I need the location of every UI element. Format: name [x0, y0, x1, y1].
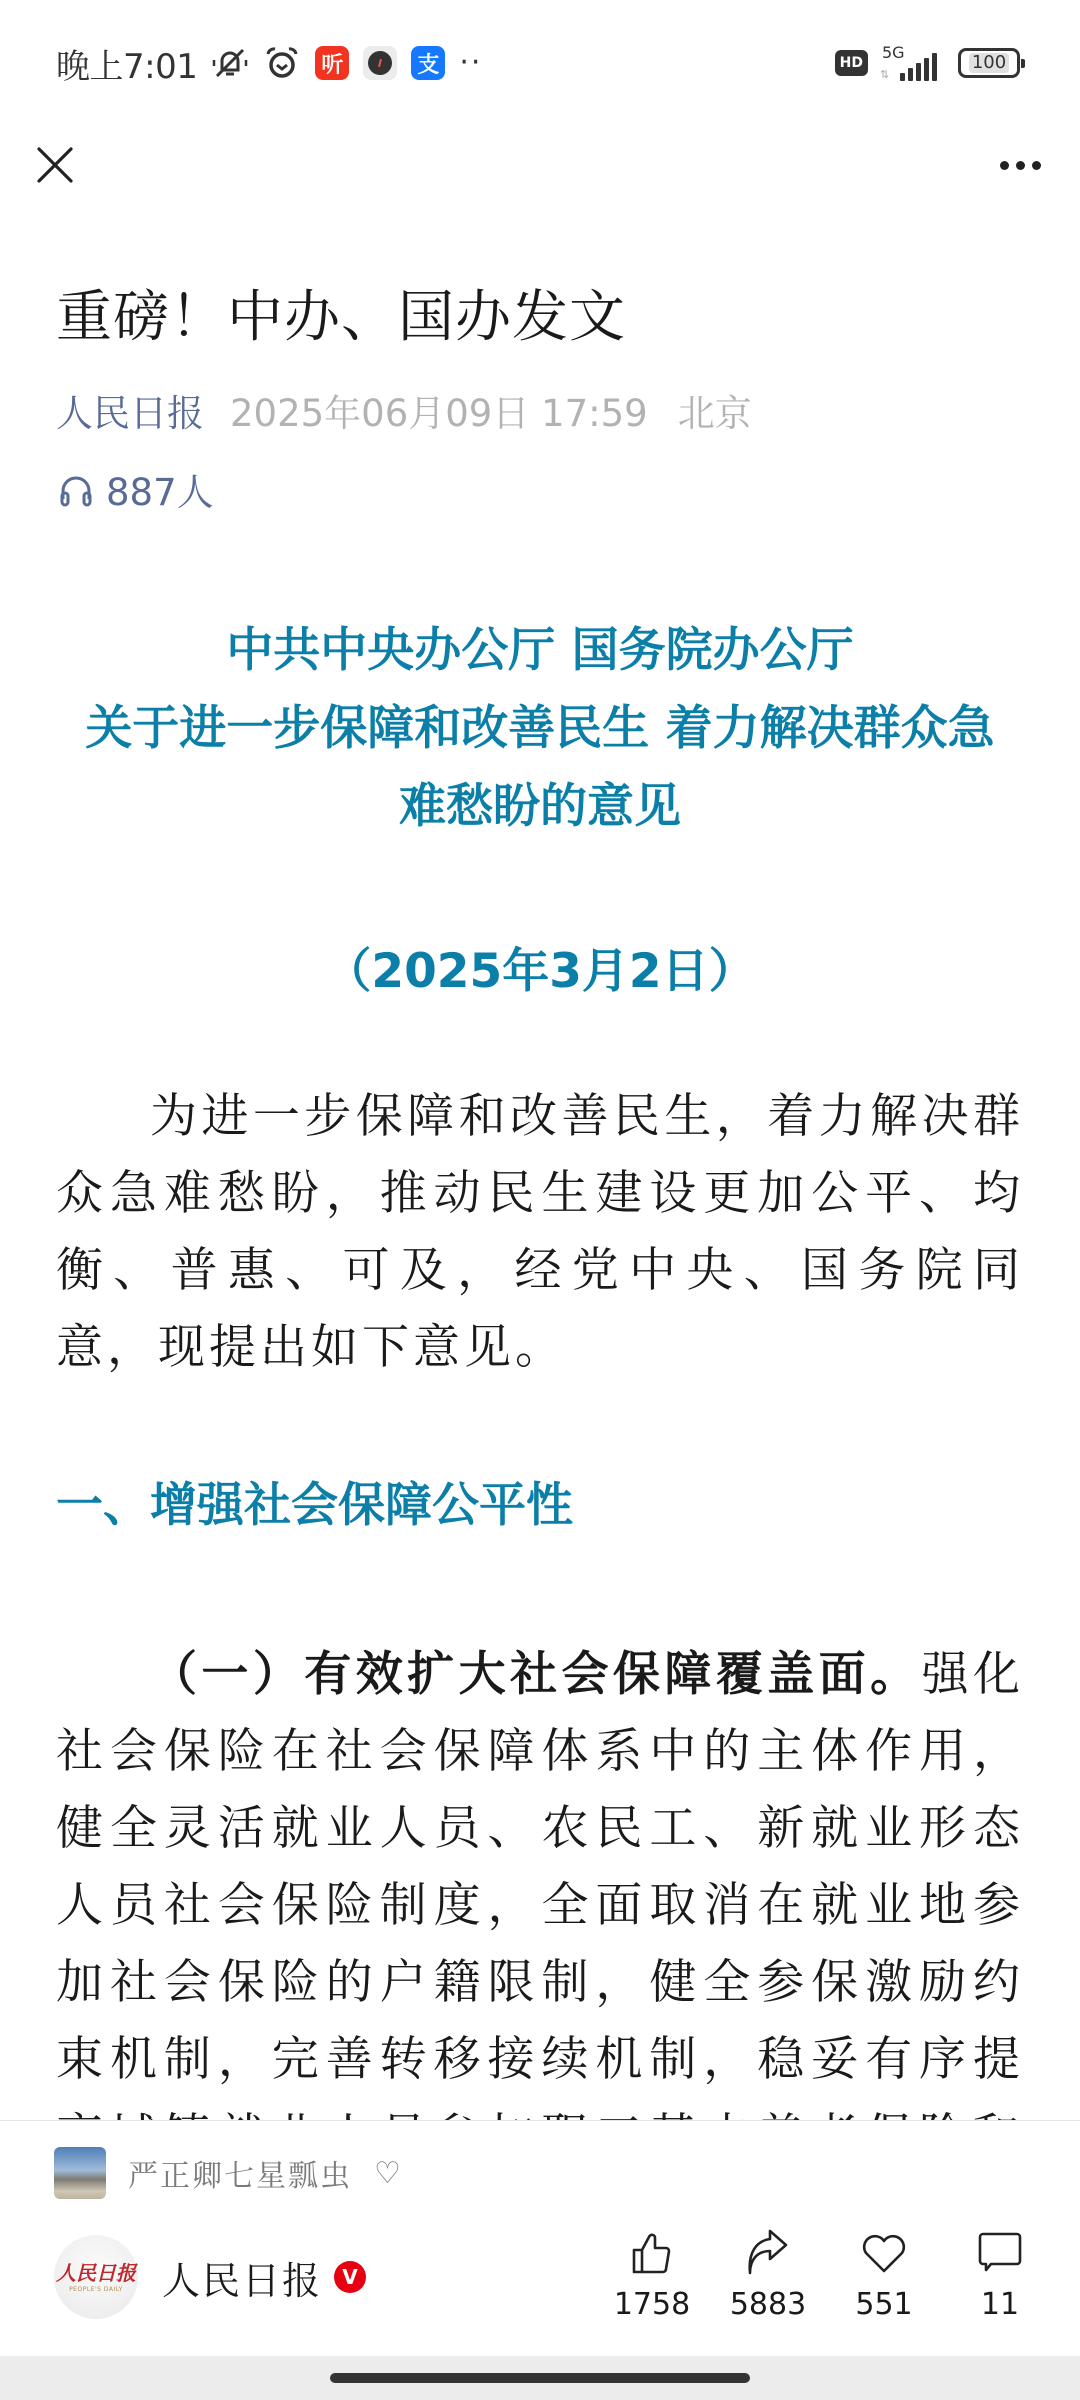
alarm-icon	[263, 44, 301, 82]
favorite-button[interactable]: 551	[826, 2225, 942, 2323]
like-count: 1758	[614, 2287, 690, 2323]
account-info[interactable]: 人民日报 PEOPLE'S DAILY 人民日报 V	[54, 2235, 366, 2319]
home-gesture-handle[interactable]	[330, 2373, 750, 2383]
status-bar: 晚上7:01 听 支 ·· HD 5G ⇅ 100	[0, 0, 1080, 125]
more-icon	[1000, 161, 1009, 170]
heart-outline-icon: ♡	[374, 2156, 401, 2191]
share-button[interactable]: 5883	[710, 2225, 826, 2323]
mute-bell-icon	[211, 44, 249, 82]
favorite-count: 551	[855, 2287, 912, 2323]
battery-level: 100	[969, 53, 1009, 73]
comment-button[interactable]: 11	[942, 2225, 1058, 2323]
section-heading: 一、增强社会保障公平性	[56, 1466, 1024, 1546]
thumbs-up-icon	[624, 2225, 680, 2281]
top-nav	[0, 125, 1080, 215]
close-button[interactable]	[30, 140, 80, 190]
bottom-bar: 严正卿七星瓢虫 ♡ 人民日报 PEOPLE'S DAILY 人民日报 V 175…	[0, 2120, 1080, 2358]
listener-name: 严正卿七星瓢虫	[128, 2151, 352, 2195]
publish-time: 2025年06月09日 17:59	[230, 384, 648, 444]
source-link[interactable]: 人民日报	[56, 384, 204, 444]
document-heading-line: 关于进一步保障和改善民生 着力解决群众急	[56, 690, 1024, 768]
battery-icon: 100	[958, 48, 1020, 78]
document-heading: 中共中央办公厅 国务院办公厅 关于进一步保障和改善民生 着力解决群众急 难愁盼的…	[56, 612, 1024, 846]
status-right: HD 5G ⇅ 100	[835, 40, 1020, 86]
hd-voice-icon: HD	[835, 50, 868, 76]
publish-location: 北京	[678, 384, 752, 444]
intro-paragraph: 为进一步保障和改善民生，着力解决群众急难愁盼，推动民生建设更加公平、均衡、普惠、…	[56, 1078, 1024, 1386]
comment-icon	[972, 2225, 1028, 2281]
share-count: 5883	[730, 2287, 806, 2323]
action-bar: 1758 5883 551 11	[594, 2225, 1058, 2323]
alipay-app-icon: 支	[411, 46, 445, 80]
listener-avatar	[54, 2147, 106, 2199]
logo-english: PEOPLE'S DAILY	[69, 2286, 123, 2293]
logo-chinese: 人民日报	[56, 2262, 136, 2284]
document-date: （2025年3月2日）	[56, 932, 1024, 1012]
listener-count: 887人	[106, 462, 214, 516]
more-notifications-icon: ··	[459, 48, 482, 78]
article-meta: 人民日报 2025年06月09日 17:59 北京	[56, 384, 1024, 444]
account-name: 人民日报	[162, 2250, 322, 2305]
dial-app-icon	[363, 46, 397, 80]
close-icon	[35, 145, 75, 185]
status-time: 晚上7:01	[56, 39, 197, 88]
article: 重磅！中办、国办发文 人民日报 2025年06月09日 17:59 北京 887…	[56, 270, 1024, 2252]
account-avatar: 人民日报 PEOPLE'S DAILY	[54, 2235, 138, 2319]
more-options-button[interactable]	[988, 140, 1052, 190]
article-title: 重磅！中办、国办发文	[56, 270, 1024, 366]
like-button[interactable]: 1758	[594, 2225, 710, 2323]
document-heading-line: 中共中央办公厅 国务院办公厅	[56, 612, 1024, 690]
heart-icon	[856, 2225, 912, 2281]
data-arrows-icon: ⇅	[880, 68, 889, 81]
signal-icon: 5G ⇅	[880, 43, 946, 83]
listen-button[interactable]: 887人	[56, 462, 1024, 516]
document-heading-line: 难愁盼的意见	[56, 768, 1024, 846]
share-icon	[740, 2225, 796, 2281]
current-listener[interactable]: 严正卿七星瓢虫 ♡	[54, 2147, 401, 2199]
gesture-nav-area	[0, 2356, 1080, 2400]
status-left: 晚上7:01 听 支 ··	[56, 40, 482, 86]
ting-app-icon: 听	[315, 46, 349, 80]
headphones-icon	[56, 469, 96, 509]
item-heading: （一）有效扩大社会保障覆盖面。	[150, 1647, 922, 1702]
verified-badge-icon: V	[334, 2261, 366, 2293]
comment-count: 11	[981, 2287, 1019, 2323]
